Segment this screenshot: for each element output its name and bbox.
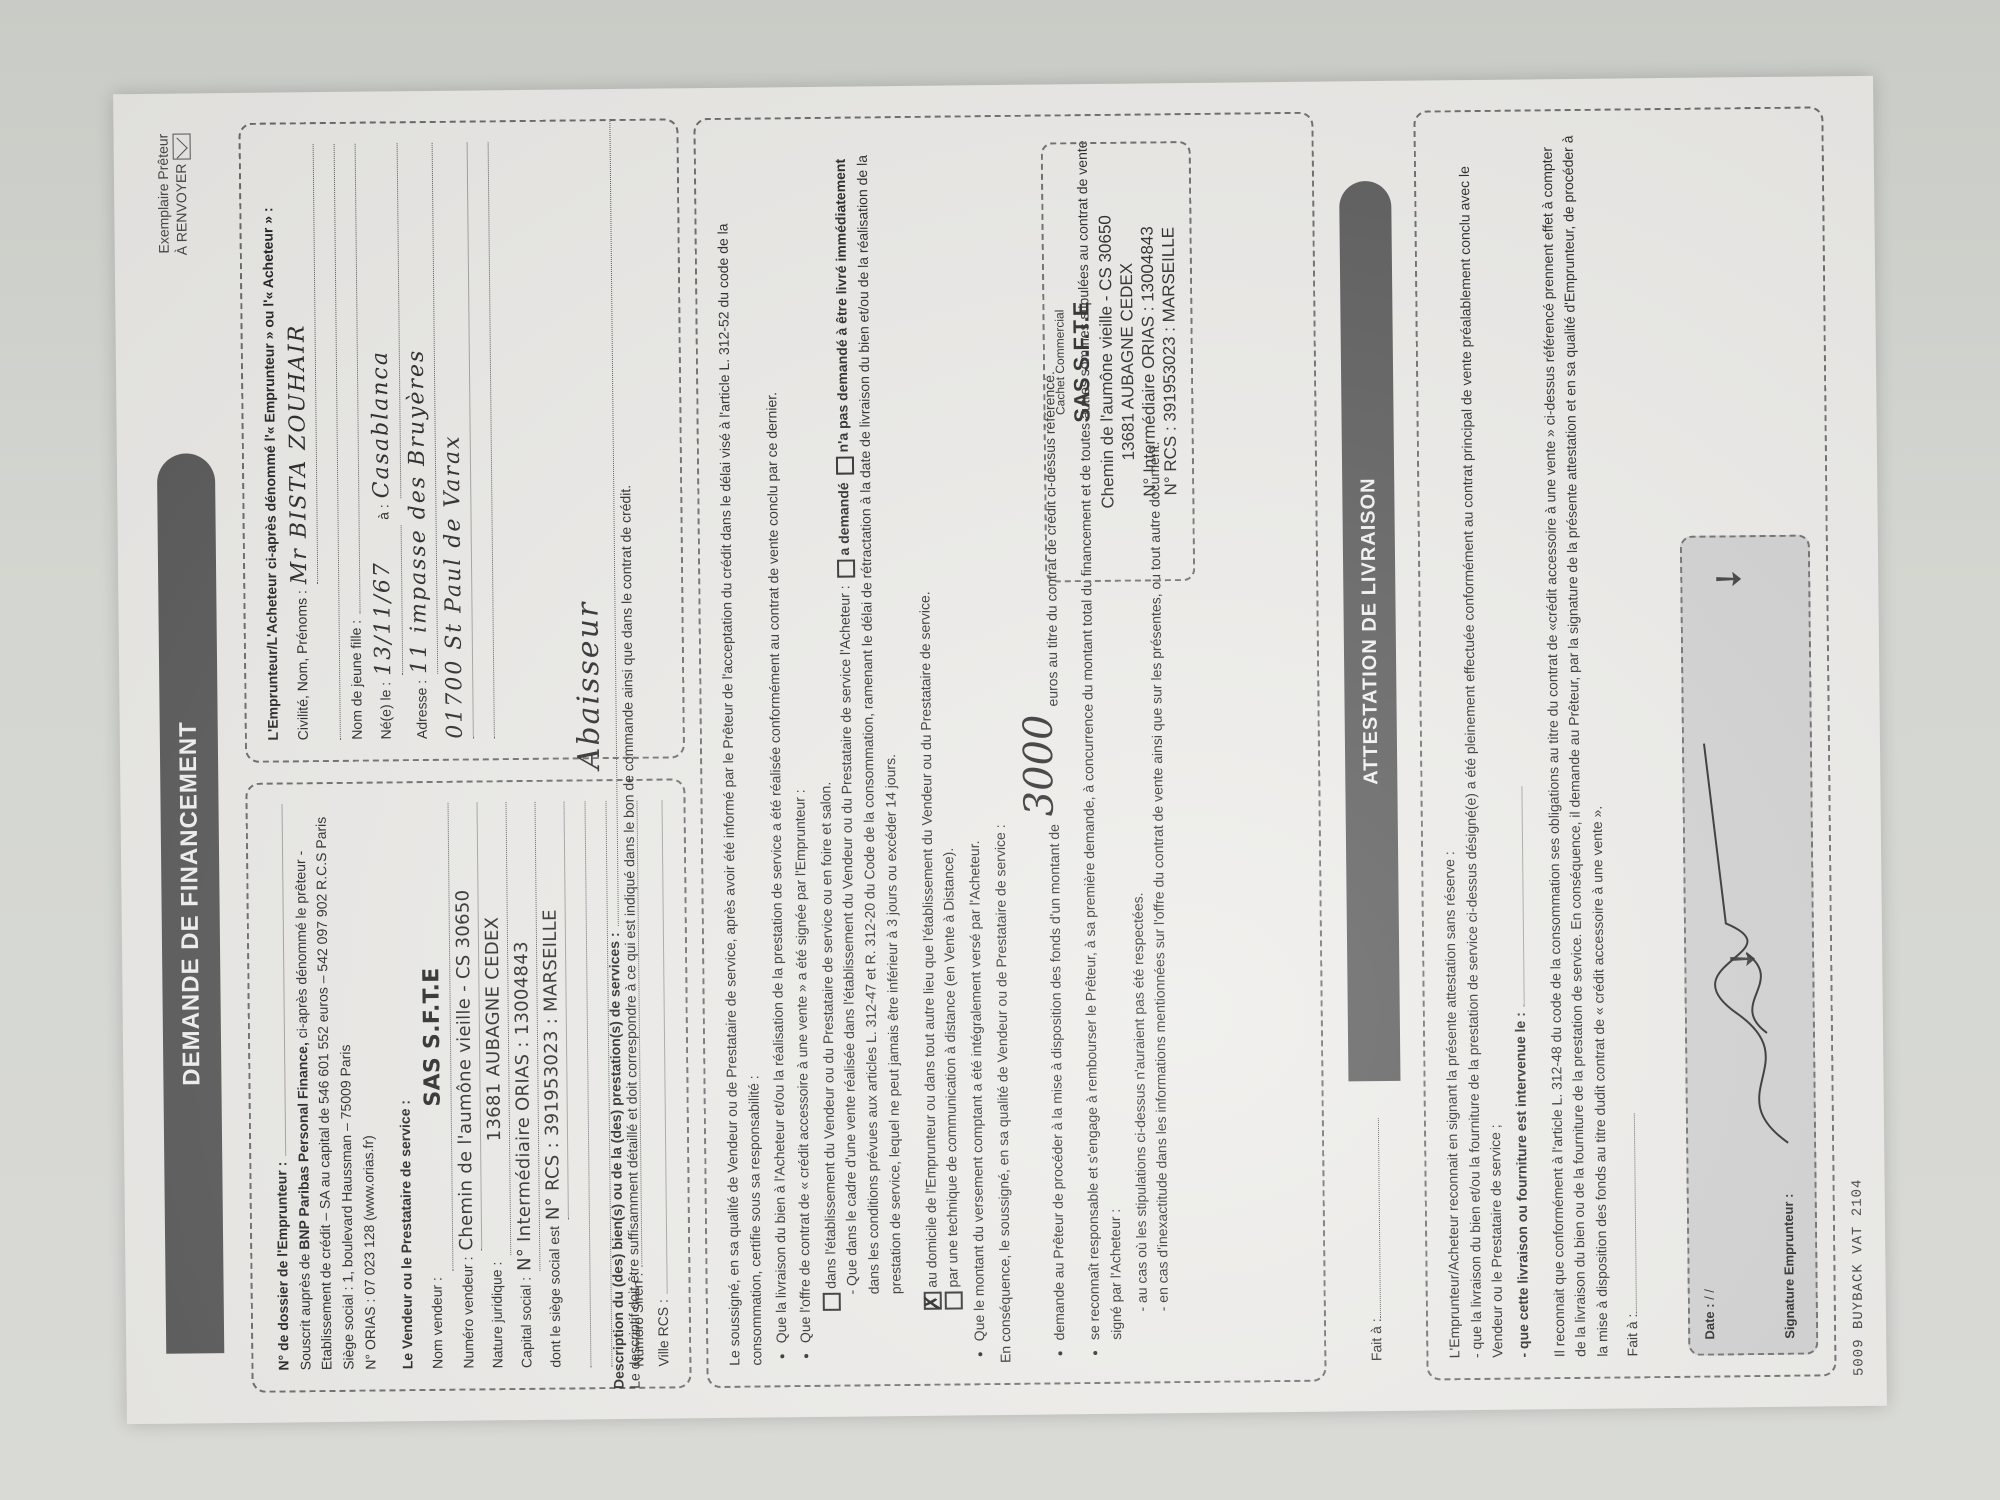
borrower-date-field[interactable]: / / <box>1702 1289 1717 1300</box>
envelope-icon <box>173 133 191 159</box>
not-requested-checkbox[interactable] <box>836 456 854 474</box>
vendor-certification-section: Le soussigné, en sa qualité de Vendeur o… <box>693 112 1326 1388</box>
address-line2-field[interactable]: 01700 St Paul de Varax <box>432 143 473 739</box>
borrower-place-field[interactable] <box>1620 1114 1637 1314</box>
birth-date-field[interactable]: 13/11/67 <box>366 526 403 676</box>
head-office-field[interactable]: N° RCS : 391953023 : MARSEILLE <box>535 802 568 1221</box>
borrower-signature-box[interactable]: Date : / / Signature Emprunteur : ➘ ➘ <box>1680 535 1819 1356</box>
borrower-signature <box>1694 733 1808 1154</box>
vendor-number-field[interactable]: Chemin de l'aumône vieille - CS 30650 <box>449 802 483 1250</box>
financing-request-form: DEMANDE DE FINANCEMENT Exemplaire Prêteu… <box>113 76 1887 1424</box>
establishment-checkbox[interactable] <box>823 1293 841 1311</box>
vendor-name-field[interactable]: SAS S.F.T.E <box>414 803 454 1272</box>
commercial-stamp: Cachet Commercial SAS S.F.T.E Chemin de … <box>1041 141 1196 583</box>
delivery-attestation-section: L'Emprunteur/Acheteur reconnait en signa… <box>1413 106 1836 1380</box>
form-title: DEMANDE DE FINANCEMENT <box>157 453 224 1354</box>
borrower-name-field[interactable]: Mr BISTA ZOUHAIR <box>278 144 318 584</box>
home-sale-checkbox[interactable] <box>923 1292 941 1310</box>
maiden-name-field[interactable] <box>336 144 360 614</box>
form-reference-code: 5009 BUYBACK VAT 2104 <box>1850 1179 1868 1377</box>
delivery-date-field[interactable] <box>1503 786 1524 1006</box>
dossier-number-field[interactable] <box>264 805 287 1156</box>
legal-form-field[interactable]: 13681 AUBAGNE CEDEX <box>478 802 512 1256</box>
description-value: Abaisseur <box>570 601 607 770</box>
requested-checkbox[interactable] <box>837 559 855 577</box>
address-line1-field[interactable]: 11 impasse des Bruyères <box>397 143 438 674</box>
birth-place-field[interactable]: Casablanca <box>362 143 401 498</box>
vendor-place-field[interactable] <box>1364 1118 1381 1318</box>
vendor-place-row: Fait à : <box>1364 1118 1385 1361</box>
copy-label: Exemplaire Prêteur À RENVOYER <box>154 133 193 255</box>
rcs-city-field[interactable] <box>644 801 668 1294</box>
amount-field[interactable]: 3000 <box>1008 714 1071 816</box>
distance-sale-checkbox[interactable] <box>945 1291 963 1309</box>
delivery-attestation-title: ATTESTATION DE LIVRAISON <box>1339 181 1400 1081</box>
